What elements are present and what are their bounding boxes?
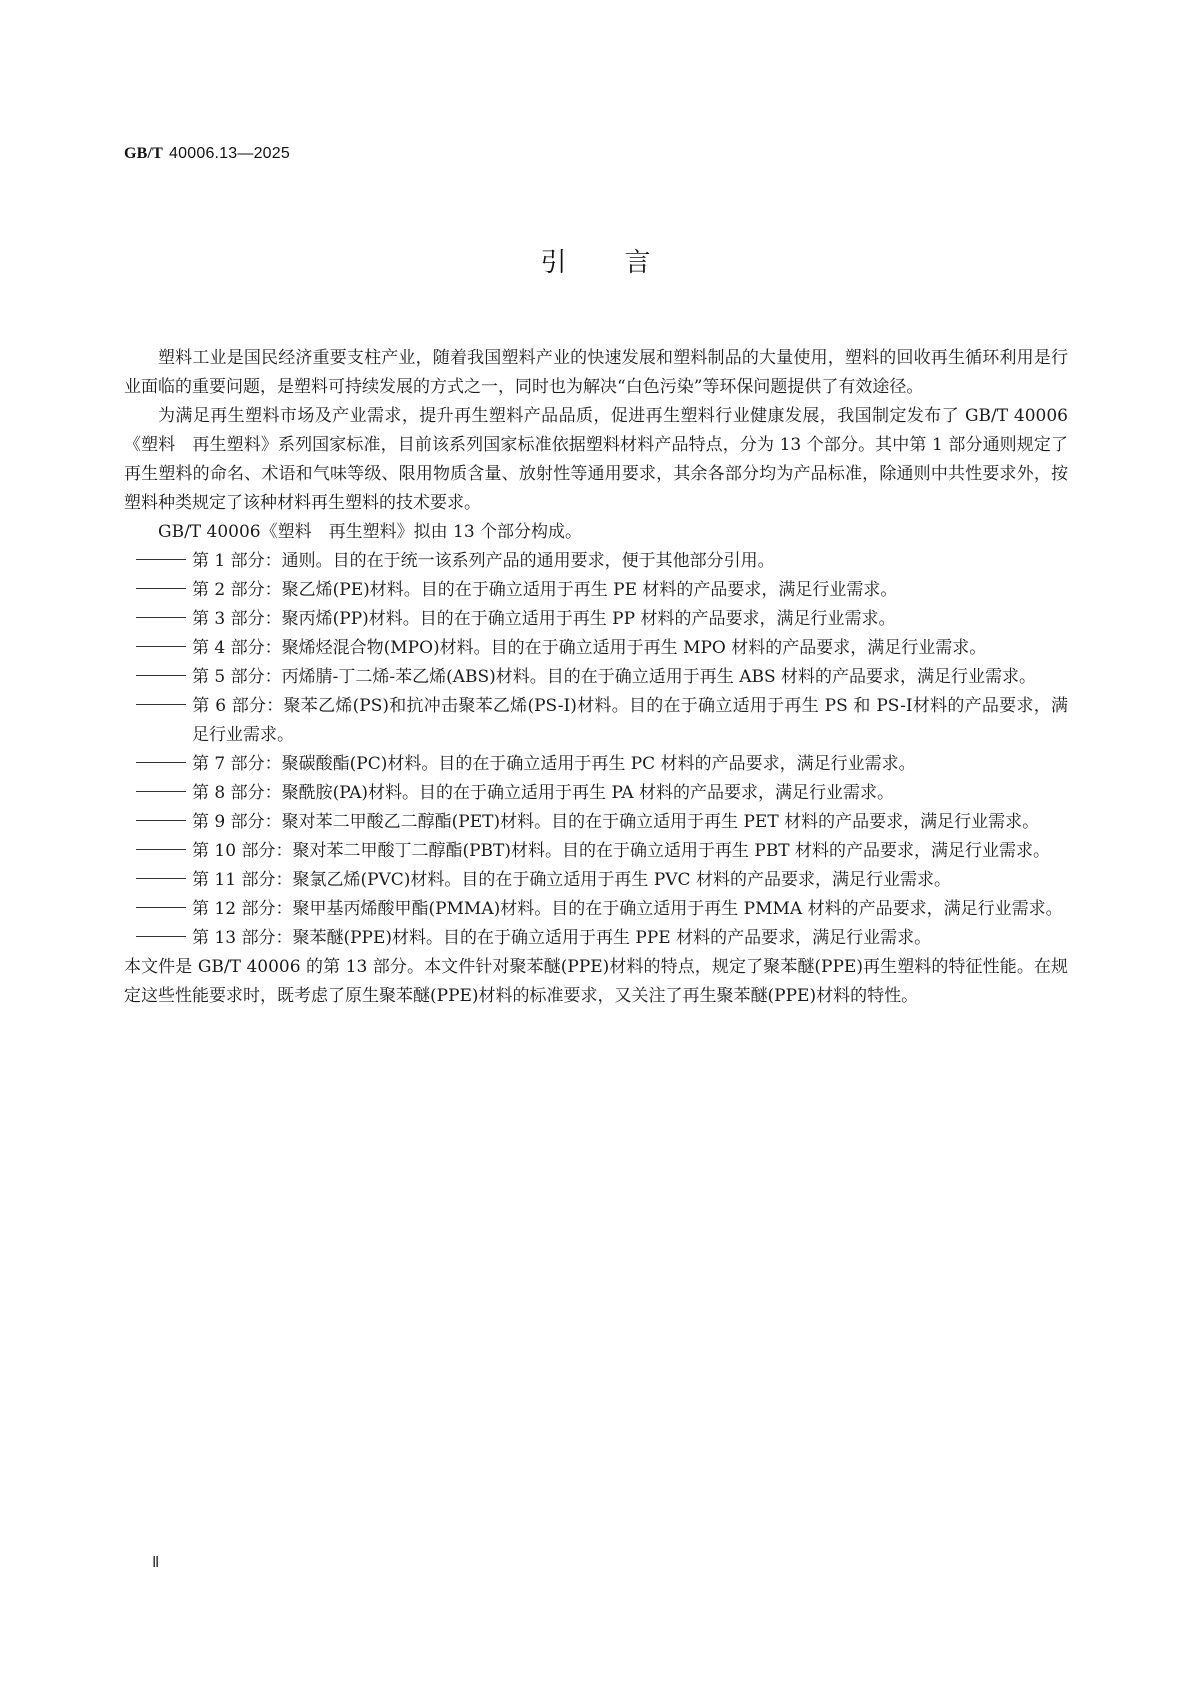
parts-list: 第 1 部分：通则。目的在于统一该系列产品的通用要求，便于其他部分引用。 第 2… xyxy=(124,547,1068,953)
paragraph-background: 塑料工业是国民经济重要支柱产业，随着我国塑料产业的快速发展和塑料制品的大量使用，… xyxy=(124,344,1068,402)
list-item: 第 10 部分：聚对苯二甲酸丁二醇酯(PBT)材料。目的在于确立适用于再生 PB… xyxy=(102,837,1068,866)
dash-marker xyxy=(136,866,192,895)
list-item-text: 第 4 部分：聚烯烃混合物(MPO)材料。目的在于确立适用于再生 MPO 材料的… xyxy=(192,638,986,658)
list-item-text: 第 13 部分：聚苯醚(PPE)材料。目的在于确立适用于再生 PPE 材料的产品… xyxy=(192,928,931,948)
list-item: 第 11 部分：聚氯乙烯(PVC)材料。目的在于确立适用于再生 PVC 材料的产… xyxy=(102,866,1068,895)
dash-marker xyxy=(136,750,192,779)
parts-list-intro: GB/T 40006《塑料 再生塑料》拟由 13 个部分构成。 xyxy=(124,518,1068,547)
dash-marker xyxy=(136,837,192,866)
dash-marker xyxy=(136,576,192,605)
list-item: 第 12 部分：聚甲基丙烯酸甲酯(PMMA)材料。目的在于确立适用于再生 PMM… xyxy=(102,895,1068,924)
list-item-text: 第 3 部分：聚丙烯(PP)材料。目的在于确立适用于再生 PP 材料的产品要求，… xyxy=(192,609,895,629)
list-item: 第 8 部分：聚酰胺(PA)材料。目的在于确立适用于再生 PA 材料的产品要求，… xyxy=(102,779,1068,808)
document-body: 塑料工业是国民经济重要支柱产业，随着我国塑料产业的快速发展和塑料制品的大量使用，… xyxy=(124,344,1068,1011)
standard-code: GB/T xyxy=(124,145,163,162)
list-item-text: 第 7 部分：聚碳酸酯(PC)材料。目的在于确立适用于再生 PC 材料的产品要求… xyxy=(192,754,916,774)
list-item-text: 第 8 部分：聚酰胺(PA)材料。目的在于确立适用于再生 PA 材料的产品要求，… xyxy=(192,783,894,803)
paragraph-purpose: 为满足再生塑料市场及产业需求，提升再生塑料产品品质，促进再生塑料行业健康发展，我… xyxy=(124,402,1068,518)
paragraph-scope: 本文件是 GB/T 40006 的第 13 部分。本文件针对聚苯醚(PPE)材料… xyxy=(124,953,1068,1011)
list-item: 第 7 部分：聚碳酸酯(PC)材料。目的在于确立适用于再生 PC 材料的产品要求… xyxy=(102,750,1068,779)
dash-marker xyxy=(136,663,192,692)
document-header: GB/T40006.13—2025 xyxy=(124,143,290,163)
list-item-text: 第 5 部分：丙烯腈-丁二烯-苯乙烯(ABS)材料。目的在于确立适用于再生 AB… xyxy=(192,667,1036,687)
page-number: Ⅱ xyxy=(152,1553,159,1572)
list-item-text: 第 10 部分：聚对苯二甲酸丁二醇酯(PBT)材料。目的在于确立适用于再生 PB… xyxy=(192,841,1050,861)
list-item: 第 5 部分：丙烯腈-丁二烯-苯乙烯(ABS)材料。目的在于确立适用于再生 AB… xyxy=(102,663,1068,692)
list-item-text: 第 2 部分：聚乙烯(PE)材料。目的在于确立适用于再生 PE 材料的产品要求，… xyxy=(192,580,897,600)
dash-marker xyxy=(136,808,192,837)
list-item: 第 4 部分：聚烯烃混合物(MPO)材料。目的在于确立适用于再生 MPO 材料的… xyxy=(102,634,1068,663)
list-item: 第 9 部分：聚对苯二甲酸乙二醇酯(PET)材料。目的在于确立适用于再生 PET… xyxy=(102,808,1068,837)
page-title: 引言 xyxy=(0,242,1191,279)
dash-marker xyxy=(136,605,192,634)
list-item-text: 第 1 部分：通则。目的在于统一该系列产品的通用要求，便于其他部分引用。 xyxy=(192,551,775,571)
dash-marker xyxy=(136,924,192,953)
list-item-text: 第 6 部分：聚苯乙烯(PS)和抗冲击聚苯乙烯(PS-I)材料。目的在于确立适用… xyxy=(192,696,1068,745)
list-item: 第 1 部分：通则。目的在于统一该系列产品的通用要求，便于其他部分引用。 xyxy=(102,547,1068,576)
list-item: 第 3 部分：聚丙烯(PP)材料。目的在于确立适用于再生 PP 材料的产品要求，… xyxy=(102,605,1068,634)
list-item: 第 2 部分：聚乙烯(PE)材料。目的在于确立适用于再生 PE 材料的产品要求，… xyxy=(102,576,1068,605)
list-item: 第 13 部分：聚苯醚(PPE)材料。目的在于确立适用于再生 PPE 材料的产品… xyxy=(102,924,1068,953)
list-item-text: 第 12 部分：聚甲基丙烯酸甲酯(PMMA)材料。目的在于确立适用于再生 PMM… xyxy=(192,899,1063,919)
dash-marker xyxy=(136,692,192,721)
dash-marker xyxy=(136,547,192,576)
list-item: 第 6 部分：聚苯乙烯(PS)和抗冲击聚苯乙烯(PS-I)材料。目的在于确立适用… xyxy=(102,692,1068,750)
dash-marker xyxy=(136,895,192,924)
standard-number: 40006.13—2025 xyxy=(169,145,290,162)
dash-marker xyxy=(136,634,192,663)
list-item-text: 第 11 部分：聚氯乙烯(PVC)材料。目的在于确立适用于再生 PVC 材料的产… xyxy=(192,870,951,890)
dash-marker xyxy=(136,779,192,808)
list-item-text: 第 9 部分：聚对苯二甲酸乙二醇酯(PET)材料。目的在于确立适用于再生 PET… xyxy=(192,812,1039,832)
